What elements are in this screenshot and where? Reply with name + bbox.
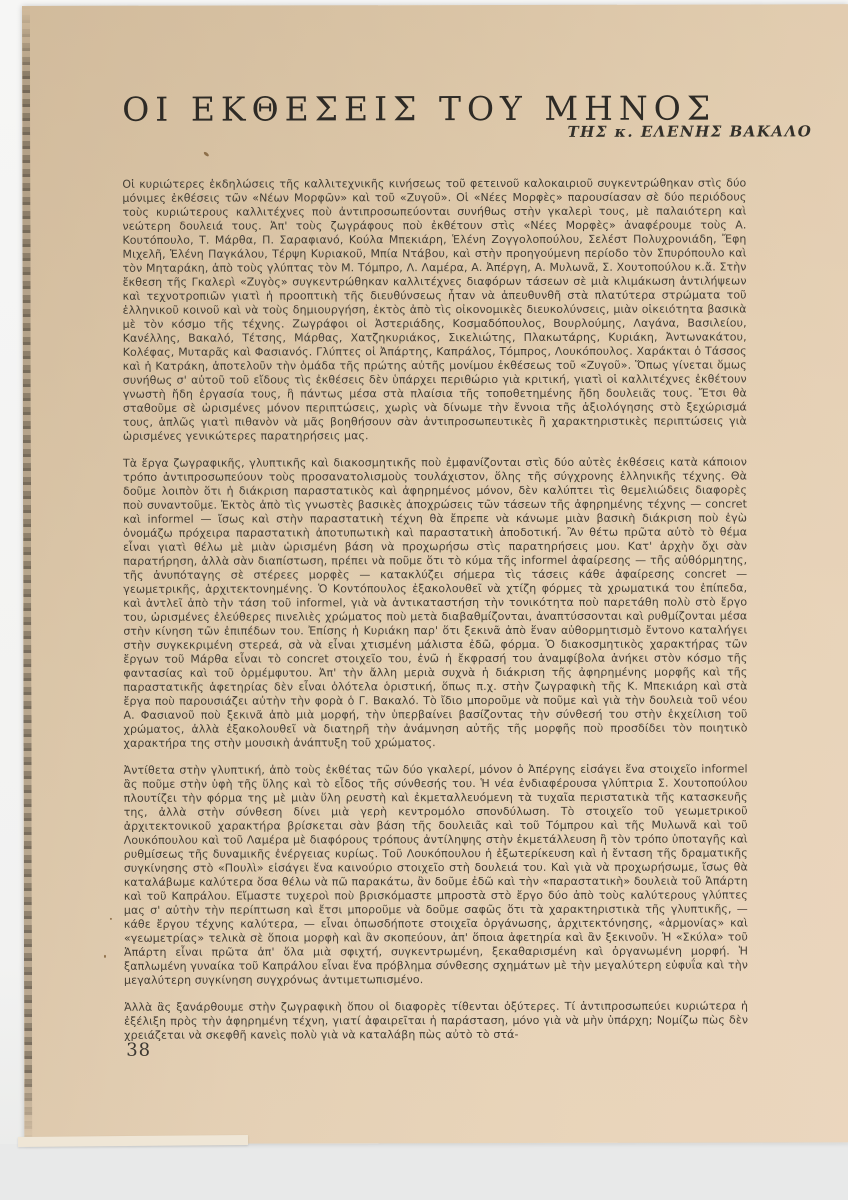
body-paragraph-4: Ἀλλὰ ἂς ξανάρθουμε στὴν ζωγραφικὴ ὅπου ο… [124, 999, 748, 1042]
binding-edge-shadow [22, 6, 32, 1144]
magazine-page: ΟΙ ΕΚΘΕΣΕΙΣ ΤΟΥ ΜΗΝΟΣ ΤΗΣ κ. ΕΛΕΝΗΣ ΒΑΚΑ… [22, 4, 848, 1144]
body-paragraph-1: Οἱ κυριώτερες ἐκδηλώσεις τῆς καλλιτεχνικ… [122, 176, 747, 443]
article-body: Οἱ κυριώτερες ἐκδηλώσεις τῆς καλλιτεχνικ… [122, 176, 748, 1055]
scanner-background-bottom [0, 1144, 848, 1200]
paper-speck [203, 151, 210, 157]
body-paragraph-3: Ἀντίθετα στὴν γλυπτική, ἀπὸ τοὺς ἐκθέτας… [124, 762, 748, 987]
paper-speck [110, 918, 112, 920]
paper-speck [104, 955, 106, 958]
byline: ΤΗΣ κ. ΕΛΕΝΗΣ ΒΑΚΑΛΟ [567, 122, 812, 141]
page-number: 38 [126, 1040, 151, 1061]
underlying-page-edge [18, 1135, 248, 1147]
body-paragraph-2: Τὰ ἔργα ζωγραφικῆς, γλυπτικῆς καὶ διακοσ… [123, 455, 748, 750]
scanned-magazine-spread: { "page": { "title": "ΟΙ ΕΚΘΕΣΕΙΣ ΤΟΥ ΜΗ… [0, 0, 848, 1200]
